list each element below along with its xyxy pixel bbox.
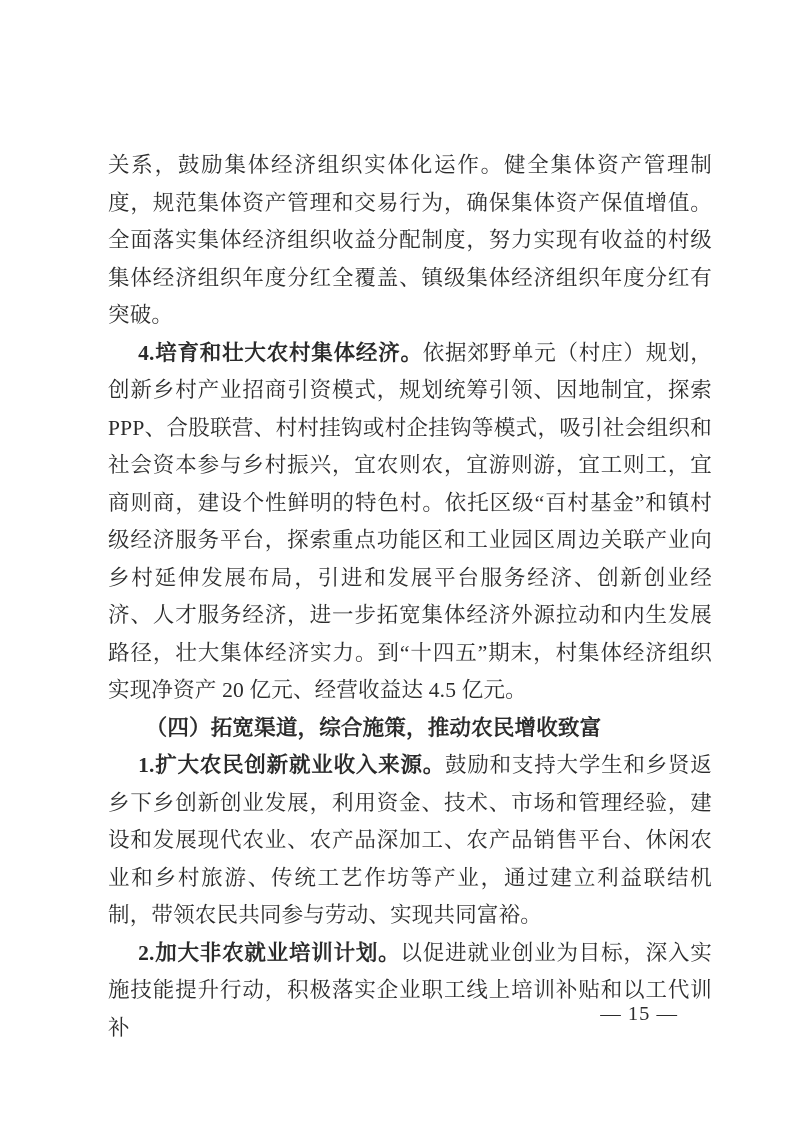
page-number: — 15 —: [600, 1000, 678, 1028]
paragraph-item-2-training-plan: 2.加大非农就业培训计划。以促进就业创业为目标，深入实施技能提升行动，积极落实企…: [108, 935, 712, 1048]
paragraph-continuation: 关系，鼓励集体经济组织实体化运作。健全集体资产管理制度，规范集体资产管理和交易行…: [108, 147, 712, 335]
paragraph-text: 依据郊野单元（村庄）规划，创新乡村产业招商引资模式，规划统筹引领、因地制宜，探索…: [108, 341, 712, 703]
section-heading-4: （四）拓宽渠道，综合施策，推动农民增收致富: [108, 710, 712, 748]
section-heading-text: （四）拓宽渠道，综合施策，推动农民增收致富: [146, 716, 602, 740]
paragraph-lead: 1.扩大农民创新就业收入来源。: [138, 753, 445, 777]
paragraph-lead: 4.培育和壮大农村集体经济。: [138, 341, 423, 365]
paragraph-item-1-income-sources: 1.扩大农民创新就业收入来源。鼓励和支持大学生和乡贤返乡下乡创新创业发展，利用资…: [108, 747, 712, 935]
paragraph-text: 关系，鼓励集体经济组织实体化运作。健全集体资产管理制度，规范集体资产管理和交易行…: [108, 153, 712, 327]
document-page: 关系，鼓励集体经济组织实体化运作。健全集体资产管理制度，规范集体资产管理和交易行…: [0, 0, 800, 1131]
document-body: 关系，鼓励集体经济组织实体化运作。健全集体资产管理制度，规范集体资产管理和交易行…: [108, 147, 712, 1047]
paragraph-item-4-collective-economy: 4.培育和壮大农村集体经济。依据郊野单元（村庄）规划，创新乡村产业招商引资模式，…: [108, 335, 712, 710]
paragraph-lead: 2.加大非农就业培训计划。: [138, 941, 400, 965]
paragraph-text: 鼓励和支持大学生和乡贤返乡下乡创新创业发展，利用资金、技术、市场和管理经验，建设…: [108, 753, 712, 927]
